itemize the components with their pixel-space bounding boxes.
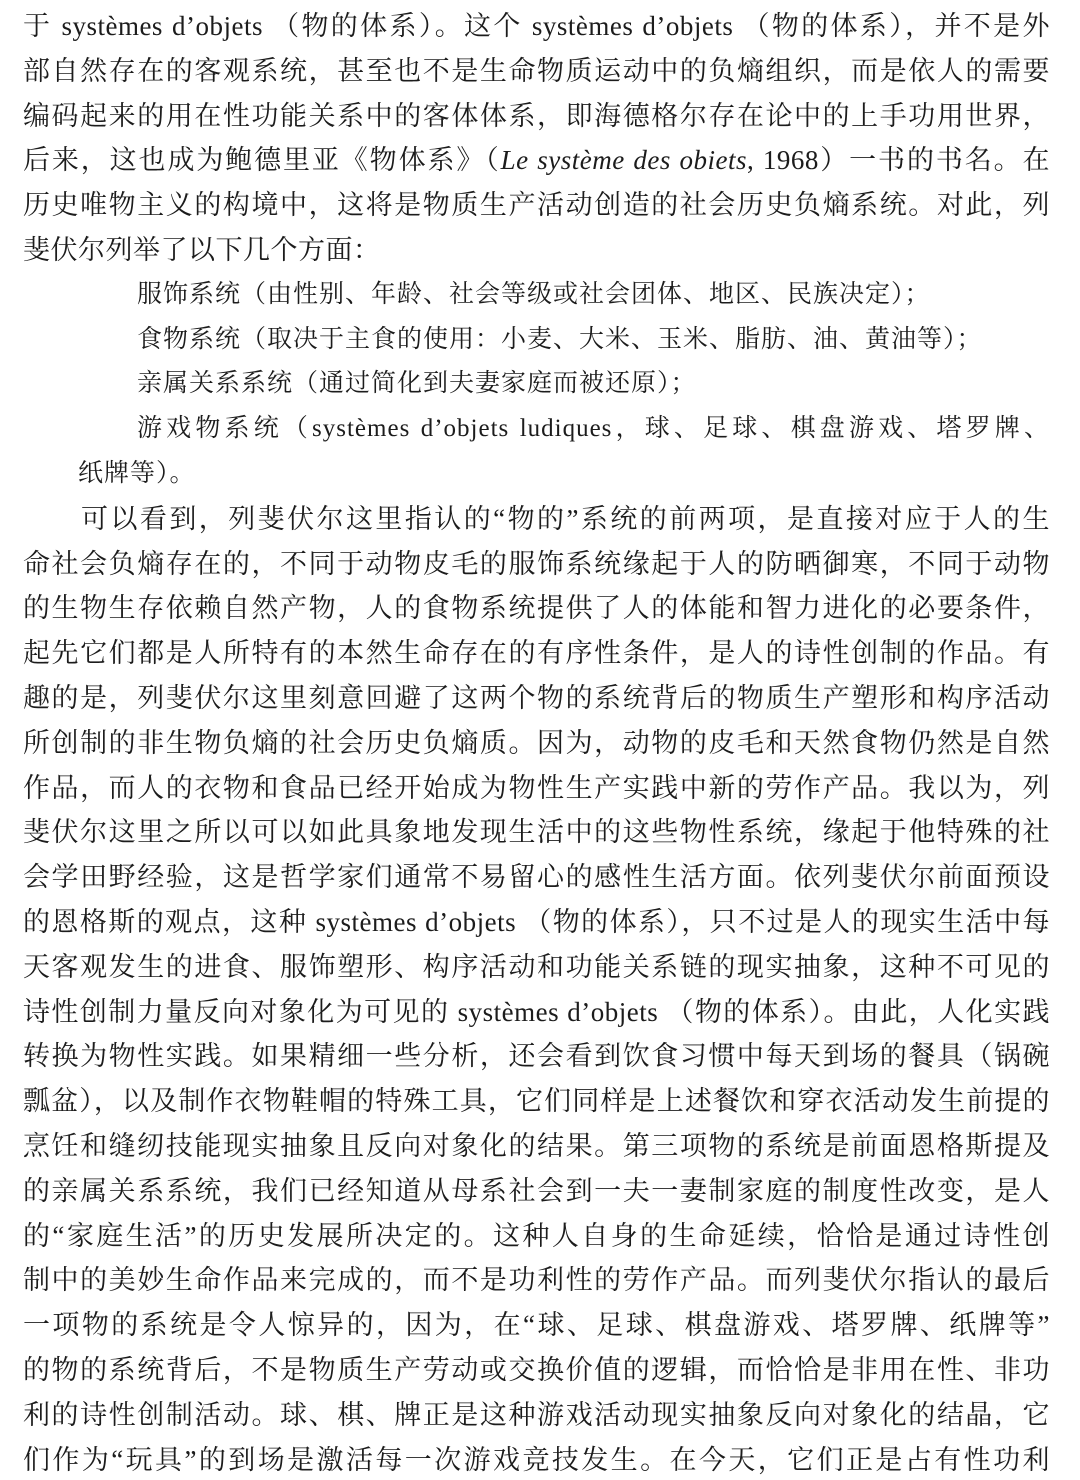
text-line: 游戏物系统（systèmes d’objets ludiques，球、足球、棋盘… xyxy=(23,407,1050,452)
text-segment: 的亲属关系系统，我们已经知道从母系社会到一夫一妻制家庭的制度性改变，是人 xyxy=(23,1176,1050,1206)
text-line: 所创制的非生物负熵的社会历史负熵质。因为，动物的皮毛和天然食物仍然是自然 xyxy=(23,721,1050,766)
text-segment: 起先它们都是人所特有的本然生命存在的有序性条件，是人的诗性创制的作品。有 xyxy=(23,638,1050,668)
text-segment: 亲属关系系统（通过简化到夫妻家庭而被还原）； xyxy=(137,370,697,397)
text-line: 的亲属关系系统，我们已经知道从母系社会到一夫一妻制家庭的制度性改变，是人 xyxy=(23,1169,1050,1214)
text-line: 命社会负熵存在的，不同于动物皮毛的服饰系统缘起于人的防晒御寒，不同于动物 xyxy=(23,542,1050,587)
text-segment: 游戏物系统（systèmes d’objets ludiques，球、足球、棋盘… xyxy=(137,415,1050,442)
text-line: 利的诗性创制活动。球、棋、牌正是这种游戏活动现实抽象反向对象化的结晶，它 xyxy=(23,1393,1050,1438)
text-segment: 编码起来的用在性功能关系中的客体体系，即海德格尔存在论中的上手功用世界， xyxy=(23,101,1050,131)
text-line: 的物的系统背后，不是物质生产劳动或交换价值的逻辑，而恰恰是非用在性、非功 xyxy=(23,1348,1050,1393)
text-segment: 后来，这也成为鲍德里亚《物体系》（ xyxy=(23,145,501,175)
text-line: 趣的是，列斐伏尔这里刻意回避了这两个物的系统背后的物质生产塑形和构序活动 xyxy=(23,676,1050,721)
text-line: 烹饪和缝纫技能现实抽象且反向对象化的结果。第三项物的系统是前面恩格斯提及 xyxy=(23,1124,1050,1169)
text-segment: 服饰系统（由性别、年龄、社会等级或社会团体、地区、民族决定）； xyxy=(137,281,931,308)
text-line: 服饰系统（由性别、年龄、社会等级或社会团体、地区、民族决定）； xyxy=(23,273,1050,318)
text-line: 瓢盆），以及制作衣物鞋帽的特殊工具，它们同样是上述餐饮和穿衣活动发生前提的 xyxy=(23,1079,1050,1124)
text-segment: 一项物的系统是令人惊异的，因为，在“球、足球、棋盘游戏、塔罗牌、纸牌等” xyxy=(23,1310,1050,1340)
text-segment: 制中的美妙生命作品来完成的，而不是功利性的劳作产品。而列斐伏尔指认的最后 xyxy=(23,1265,1050,1295)
text-line: 可以看到，列斐伏尔这里指认的“物的”系统的前两项，是直接对应于人的生 xyxy=(23,497,1050,542)
text-segment: 于 systèmes d’objets （物的体系）。这个 systèmes d… xyxy=(23,11,1050,41)
text-line: 转换为物性实践。如果精细一些分析，还会看到饮食习惯中每天到场的餐具（锅碗 xyxy=(23,1034,1050,1079)
text-segment: 历史唯物主义的构境中，这将是物质生产活动创造的社会历史负熵系统。对此，列 xyxy=(23,190,1050,220)
text-line: 的恩格斯的观点，这种 systèmes d’objets （物的体系），只不过是… xyxy=(23,900,1050,945)
body-text-block: 于 systèmes d’objets （物的体系）。这个 systèmes d… xyxy=(23,4,1050,1480)
text-segment: 纸牌等）。 xyxy=(78,460,196,487)
text-line: 纸牌等）。 xyxy=(23,452,1050,497)
text-segment: 会学田野经验，这是哲学家们通常不易留心的感性生活方面。依列斐伏尔前面预设 xyxy=(23,862,1050,892)
book-title-italic-segment: Le système des obiets xyxy=(501,145,747,175)
text-segment: 食物系统（取决于主食的使用：小麦、大米、玉米、脂肪、油、黄油等）； xyxy=(137,326,983,353)
text-line: 制中的美妙生命作品来完成的，而不是功利性的劳作产品。而列斐伏尔指认的最后 xyxy=(23,1258,1050,1303)
text-segment: 诗性创制力量反向对象化为可见的 systèmes d’objets （物的体系）… xyxy=(23,997,1050,1027)
text-line: 的“家庭生活”的历史发展所决定的。这种人自身的生命延续，恰恰是通过诗性创 xyxy=(23,1214,1050,1259)
book-page: 于 systèmes d’objets （物的体系）。这个 systèmes d… xyxy=(0,0,1080,1480)
text-line: 一项物的系统是令人惊异的，因为，在“球、足球、棋盘游戏、塔罗牌、纸牌等” xyxy=(23,1303,1050,1348)
text-segment: 斐伏尔列举了以下几个方面： xyxy=(23,235,381,265)
text-segment: 烹饪和缝纫技能现实抽象且反向对象化的结果。第三项物的系统是前面恩格斯提及 xyxy=(23,1131,1050,1161)
text-line: 斐伏尔这里之所以可以如此具象地发现生活中的这些物性系统，缘起于他特殊的社 xyxy=(23,810,1050,855)
text-line: 起先它们都是人所特有的本然生命存在的有序性条件，是人的诗性创制的作品。有 xyxy=(23,631,1050,676)
text-line: 会学田野经验，这是哲学家们通常不易留心的感性生活方面。依列斐伏尔前面预设 xyxy=(23,855,1050,900)
text-segment: 的生物生存依赖自然产物，人的食物系统提供了人的体能和智力进化的必要条件， xyxy=(23,593,1050,623)
text-segment: 瓢盆），以及制作衣物鞋帽的特殊工具，它们同样是上述餐饮和穿衣活动发生前提的 xyxy=(23,1086,1050,1116)
text-segment: 趣的是，列斐伏尔这里刻意回避了这两个物的系统背后的物质生产塑形和构序活动 xyxy=(23,683,1050,713)
text-line: 历史唯物主义的构境中，这将是物质生产活动创造的社会历史负熵系统。对此，列 xyxy=(23,183,1050,228)
text-segment: 转换为物性实践。如果精细一些分析，还会看到饮食习惯中每天到场的餐具（锅碗 xyxy=(23,1041,1050,1071)
text-segment: 的物的系统背后，不是物质生产劳动或交换价值的逻辑，而恰恰是非用在性、非功 xyxy=(23,1355,1050,1385)
text-segment: 可以看到，列斐伏尔这里指认的“物的”系统的前两项，是直接对应于人的生 xyxy=(81,504,1050,534)
text-segment: 斐伏尔这里之所以可以如此具象地发现生活中的这些物性系统，缘起于他特殊的社 xyxy=(23,817,1050,847)
text-segment: 作品，而人的衣物和食品已经开始成为物性生产实践中新的劳作产品。我以为，列 xyxy=(23,773,1050,803)
text-segment: 所创制的非生物负熵的社会历史负熵质。因为，动物的皮毛和天然食物仍然是自然 xyxy=(23,728,1050,758)
text-line: 部自然存在的客观系统，甚至也不是生命物质运动中的负熵组织，而是依人的需要 xyxy=(23,49,1050,94)
text-segment: 利的诗性创制活动。球、棋、牌正是这种游戏活动现实抽象反向对象化的结晶，它 xyxy=(23,1400,1050,1430)
text-line: 于 systèmes d’objets （物的体系）。这个 systèmes d… xyxy=(23,4,1050,49)
text-segment: 们作为“玩具”的到场是激活每一次游戏竞技发生。在今天，它们正是占有性功利 xyxy=(23,1445,1050,1475)
text-line: 食物系统（取决于主食的使用：小麦、大米、玉米、脂肪、油、黄油等）； xyxy=(23,318,1050,363)
text-segment: 部自然存在的客观系统，甚至也不是生命物质运动中的负熵组织，而是依人的需要 xyxy=(23,56,1050,86)
text-line: 诗性创制力量反向对象化为可见的 systèmes d’objets （物的体系）… xyxy=(23,990,1050,1035)
text-segment: 的“家庭生活”的历史发展所决定的。这种人自身的生命延续，恰恰是通过诗性创 xyxy=(23,1221,1050,1251)
text-segment: 的恩格斯的观点，这种 systèmes d’objets （物的体系），只不过是… xyxy=(23,907,1050,937)
text-line: 亲属关系系统（通过简化到夫妻家庭而被还原）； xyxy=(23,362,1050,407)
text-line: 作品，而人的衣物和食品已经开始成为物性生产实践中新的劳作产品。我以为，列 xyxy=(23,766,1050,811)
text-line: 的生物生存依赖自然产物，人的食物系统提供了人的体能和智力进化的必要条件， xyxy=(23,586,1050,631)
text-line: 后来，这也成为鲍德里亚《物体系》（Le système des obiets, … xyxy=(23,138,1050,183)
text-segment: , 1968）一书的书名。在 xyxy=(747,145,1050,175)
text-segment: 天客观发生的进食、服饰塑形、构序活动和功能关系链的现实抽象，这种不可见的 xyxy=(23,952,1050,982)
text-segment: 命社会负熵存在的，不同于动物皮毛的服饰系统缘起于人的防晒御寒，不同于动物 xyxy=(23,549,1050,579)
text-line: 编码起来的用在性功能关系中的客体体系，即海德格尔存在论中的上手功用世界， xyxy=(23,94,1050,139)
text-line: 天客观发生的进食、服饰塑形、构序活动和功能关系链的现实抽象，这种不可见的 xyxy=(23,945,1050,990)
text-line: 们作为“玩具”的到场是激活每一次游戏竞技发生。在今天，它们正是占有性功利 xyxy=(23,1438,1050,1480)
text-line: 斐伏尔列举了以下几个方面： xyxy=(23,228,1050,273)
